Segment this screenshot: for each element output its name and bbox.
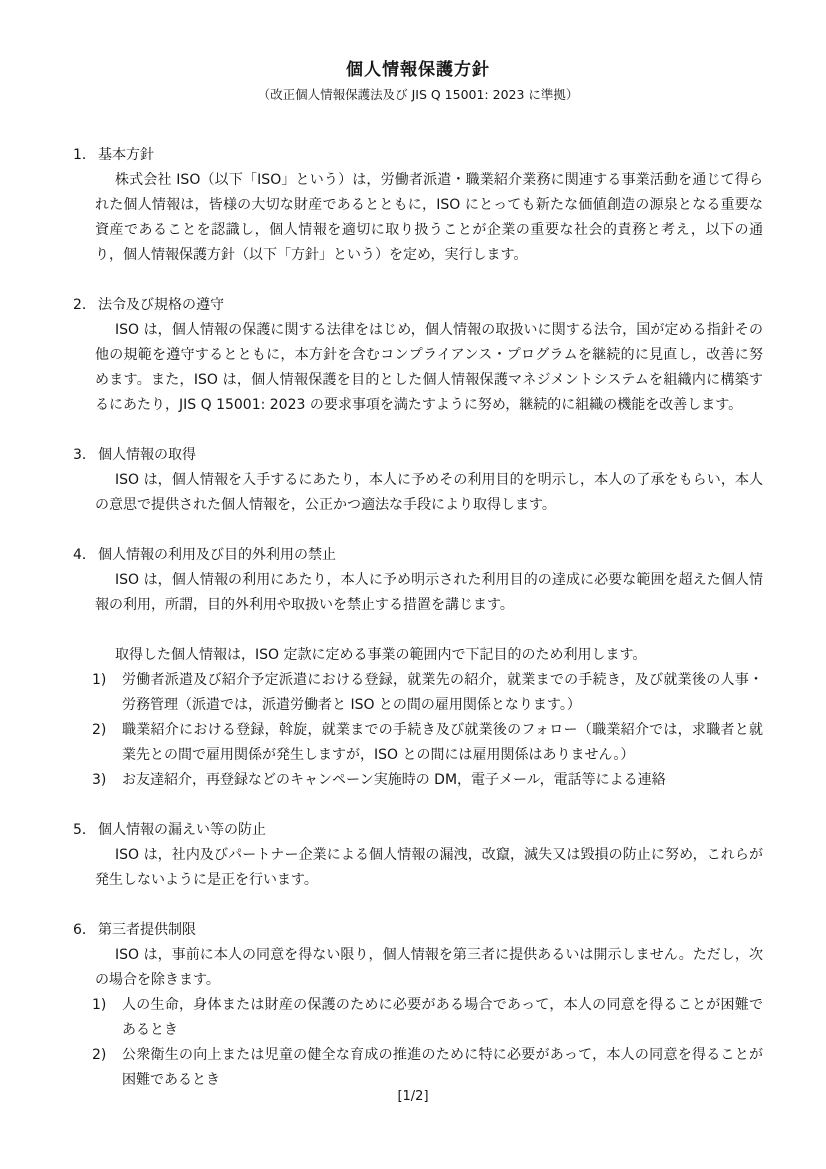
paragraph: ISO は，個人情報の利用にあたり，本人に予め明示された利用目的の達成に必要な範… <box>95 568 763 618</box>
section-number: 5． <box>73 818 98 843</box>
list-item: 1) 労働者派遣及び紹介予定派遣における登録，就業先の紹介，就業までの手続き，及… <box>92 668 763 718</box>
page-number: [1/2] <box>0 1084 826 1109</box>
section-number: 1． <box>73 143 98 168</box>
paragraph: ISO は，事前に本人の同意を得ない限り，個人情報を第三者に提供あるいは開示しま… <box>95 943 763 993</box>
document-page: 個人情報保護方針 （改正個人情報保護法及び JIS Q 15001: 2023 … <box>0 0 826 1169</box>
section-heading: 2． 法令及び規格の遵守 <box>73 293 763 318</box>
section-heading: 3． 個人情報の取得 <box>73 443 763 468</box>
list-item: 2) 職業紹介における登録，斡旋，就業までの手続き及び就業後のフォロー（職業紹介… <box>92 718 763 768</box>
section-law-compliance: 2． 法令及び規格の遵守 ISO は，個人情報の保護に関する法律をはじめ，個人情… <box>73 293 763 418</box>
exception-list: 1) 人の生命，身体または財産の保護のために必要がある場合であって，本人の同意を… <box>92 993 763 1093</box>
list-item: 1) 人の生命，身体または財産の保護のために必要がある場合であって，本人の同意を… <box>92 993 763 1043</box>
section-heading-text: 第三者提供制限 <box>98 918 196 943</box>
section-basic-policy: 1． 基本方針 株式会社 ISO（以下「ISO」という）は，労働者派遣・職業紹介… <box>73 143 763 268</box>
section-use-restriction: 4． 個人情報の利用及び目的外利用の禁止 ISO は，個人情報の利用にあたり，本… <box>73 543 763 793</box>
list-item-text: 人の生命，身体または財産の保護のために必要がある場合であって，本人の同意を得るこ… <box>122 993 763 1043</box>
paragraph: 株式会社 ISO（以下「ISO」という）は，労働者派遣・職業紹介業務に関連する事… <box>95 168 763 268</box>
paragraph: 取得した個人情報は，ISO 定款に定める事業の範囲内で下記目的のため利用します。 <box>95 643 763 668</box>
list-item-marker: 2) <box>92 718 122 768</box>
section-third-party: 6． 第三者提供制限 ISO は，事前に本人の同意を得ない限り，個人情報を第三者… <box>73 918 763 1093</box>
paragraph: ISO は，社内及びパートナー企業による個人情報の漏洩，改竄，滅失又は毀損の防止… <box>95 843 763 893</box>
purpose-list: 1) 労働者派遣及び紹介予定派遣における登録，就業先の紹介，就業までの手続き，及… <box>92 668 763 793</box>
section-heading-text: 個人情報の取得 <box>98 443 196 468</box>
section-number: 4． <box>73 543 98 568</box>
section-heading-text: 個人情報の漏えい等の防止 <box>98 818 266 843</box>
list-item-text: 労働者派遣及び紹介予定派遣における登録，就業先の紹介，就業までの手続き，及び就業… <box>122 668 763 718</box>
list-item-text: お友達紹介，再登録などのキャンペーン実施時の DM，電子メール，電話等による連絡 <box>122 768 763 793</box>
list-item: 3) お友達紹介，再登録などのキャンペーン実施時の DM，電子メール，電話等によ… <box>92 768 763 793</box>
section-number: 3． <box>73 443 98 468</box>
document-content: 個人情報保護方針 （改正個人情報保護法及び JIS Q 15001: 2023 … <box>73 58 763 1093</box>
section-leak-prevention: 5． 個人情報の漏えい等の防止 ISO は，社内及びパートナー企業による個人情報… <box>73 818 763 893</box>
section-number: 2． <box>73 293 98 318</box>
page-subtitle: （改正個人情報保護法及び JIS Q 15001: 2023 に準拠） <box>73 82 763 107</box>
paragraph: ISO は，個人情報の保護に関する法律をはじめ，個人情報の取扱いに関する法令，国… <box>95 318 763 418</box>
section-heading: 4． 個人情報の利用及び目的外利用の禁止 <box>73 543 763 568</box>
section-heading-text: 法令及び規格の遵守 <box>98 293 224 318</box>
section-acquisition: 3． 個人情報の取得 ISO は，個人情報を入手するにあたり，本人に予めその利用… <box>73 443 763 518</box>
section-heading: 5． 個人情報の漏えい等の防止 <box>73 818 763 843</box>
list-item-marker: 3) <box>92 768 122 793</box>
section-heading: 6． 第三者提供制限 <box>73 918 763 943</box>
list-item-marker: 1) <box>92 993 122 1043</box>
page-title: 個人情報保護方針 <box>73 58 763 82</box>
section-number: 6． <box>73 918 98 943</box>
section-heading-text: 個人情報の利用及び目的外利用の禁止 <box>98 543 336 568</box>
list-item-text: 職業紹介における登録，斡旋，就業までの手続き及び就業後のフォロー（職業紹介では，… <box>122 718 763 768</box>
section-heading: 1． 基本方針 <box>73 143 763 168</box>
section-heading-text: 基本方針 <box>98 143 154 168</box>
list-item-marker: 1) <box>92 668 122 718</box>
paragraph: ISO は，個人情報を入手するにあたり，本人に予めその利用目的を明示し，本人の了… <box>95 468 763 518</box>
